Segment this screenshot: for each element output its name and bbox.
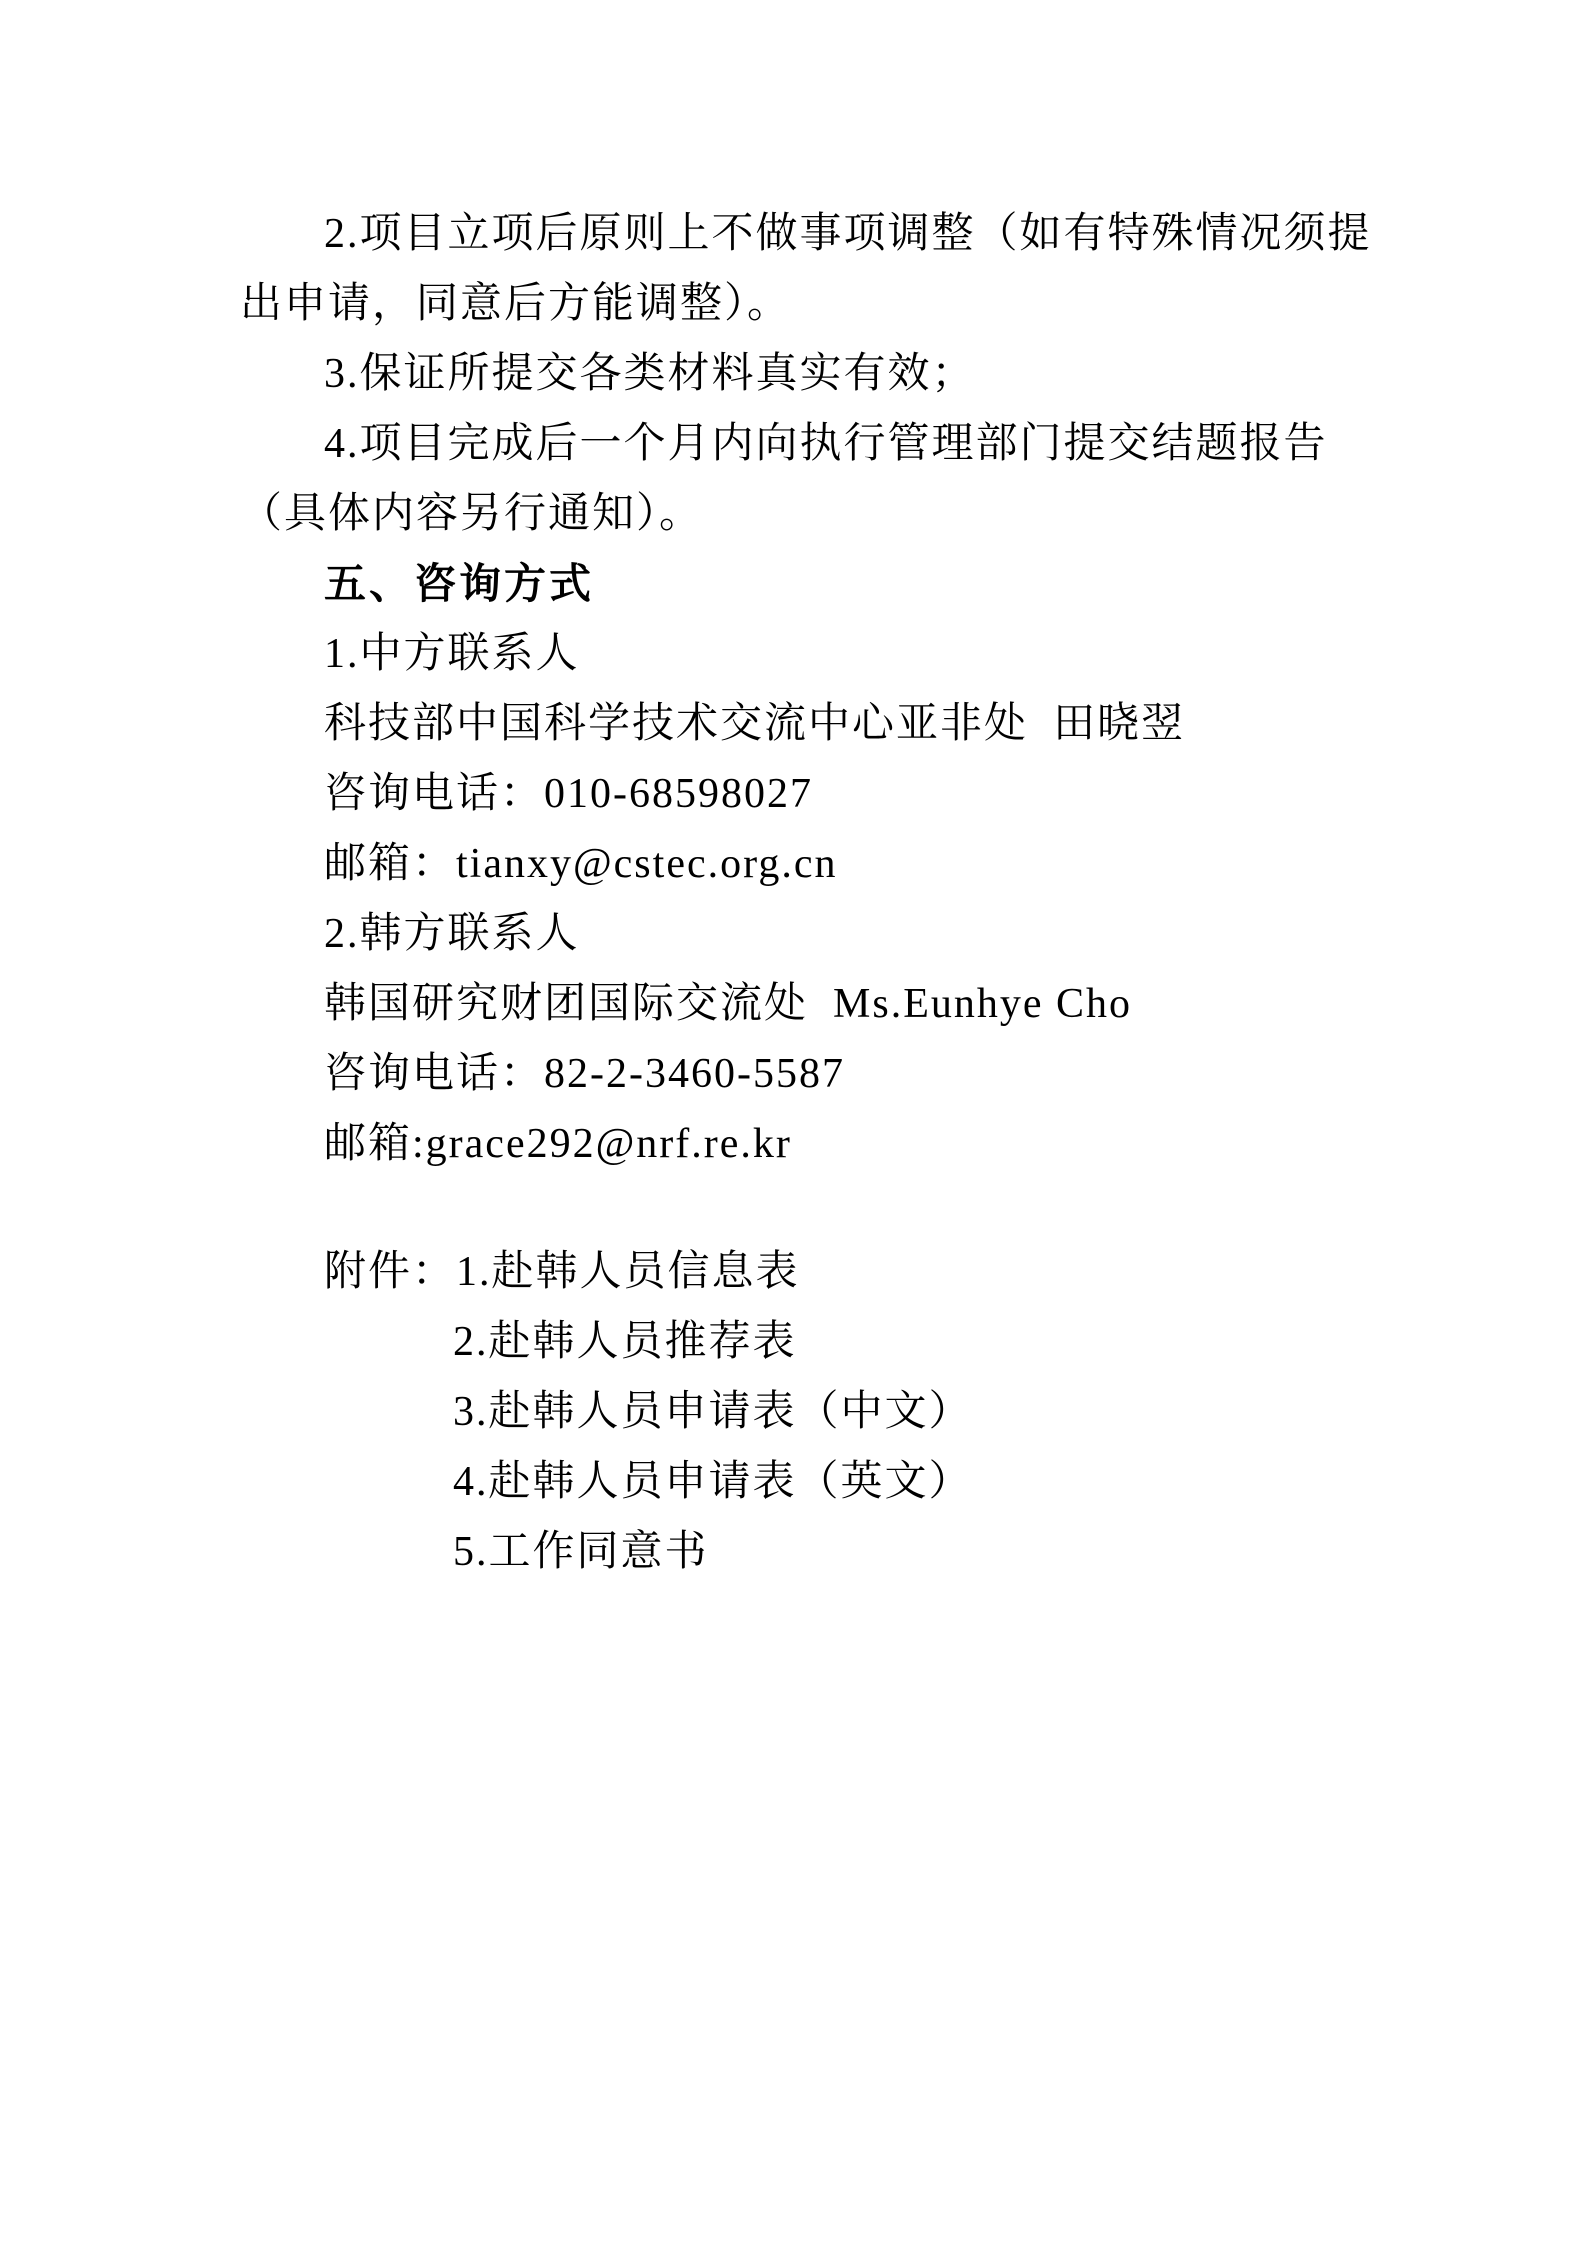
doc-line-attachment-3: 3.赴韩人员申请表（中文） bbox=[240, 1377, 1347, 1447]
doc-line-korea-phone: 咨询电话：82-2-3460-5587 bbox=[240, 1039, 1347, 1109]
document-page: 2.项目立项后原则上不做事项调整（如有特殊情况须提 出申请，同意后方能调整）。 … bbox=[0, 0, 1587, 2245]
doc-line-item-4-continuation: （具体内容另行通知）。 bbox=[240, 479, 1347, 549]
doc-line-item-2-continuation: 出申请，同意后方能调整）。 bbox=[240, 269, 1347, 339]
doc-line-china-contact-label: 1.中方联系人 bbox=[240, 619, 1347, 689]
doc-line-korea-contact-label: 2.韩方联系人 bbox=[240, 899, 1347, 969]
doc-line-china-contact-org: 科技部中国科学技术交流中心亚非处 田晓翌 bbox=[240, 689, 1347, 759]
section-heading-consultation: 五、咨询方式 bbox=[240, 549, 1347, 619]
doc-line-item-4-report: 4.项目完成后一个月内向执行管理部门提交结题报告 bbox=[240, 409, 1347, 479]
doc-line-attachment-4: 4.赴韩人员申请表（英文） bbox=[240, 1447, 1347, 1517]
doc-line-korea-contact-org: 韩国研究财团国际交流处 Ms.Eunhye Cho bbox=[240, 969, 1347, 1039]
doc-line-attachment-2: 2.赴韩人员推荐表 bbox=[240, 1307, 1347, 1377]
doc-line-item-2-adjustment: 2.项目立项后原则上不做事项调整（如有特殊情况须提 bbox=[240, 199, 1347, 269]
doc-line-item-3-materials: 3.保证所提交各类材料真实有效； bbox=[240, 339, 1347, 409]
doc-blank-line bbox=[240, 1179, 1347, 1237]
doc-line-china-phone: 咨询电话：010-68598027 bbox=[240, 759, 1347, 829]
doc-line-china-email: 邮箱：tianxy@cstec.org.cn bbox=[240, 829, 1347, 899]
document-content: 2.项目立项后原则上不做事项调整（如有特殊情况须提 出申请，同意后方能调整）。 … bbox=[240, 199, 1347, 1587]
doc-line-attachment-5: 5.工作同意书 bbox=[240, 1517, 1347, 1587]
doc-line-attachment-1: 附件：1.赴韩人员信息表 bbox=[240, 1237, 1347, 1307]
doc-line-korea-email: 邮箱:grace292@nrf.re.kr bbox=[240, 1109, 1347, 1179]
